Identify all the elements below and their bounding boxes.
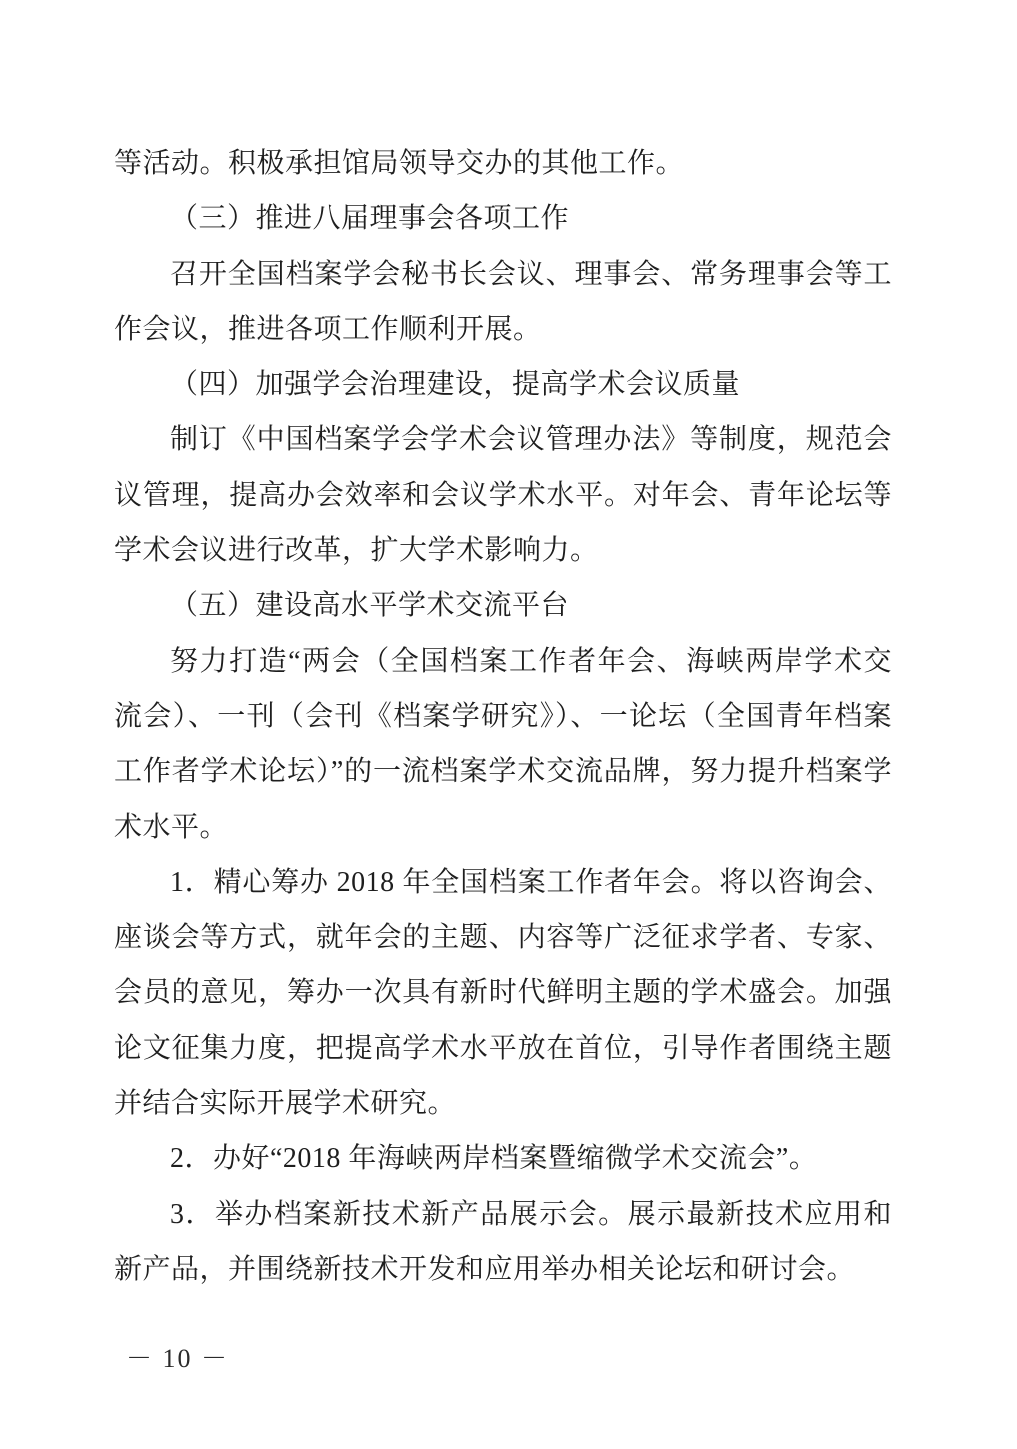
paragraph: 制订《中国档案学会学术会议管理办法》等制度，规范会议管理，提高办会效率和会议学术… [114,412,892,578]
paragraph: 努力打造“两会（全国档案工作者年会、海峡两岸学术交流会）、一刊（会刊《档案学研究… [114,634,892,855]
document-page: 等活动。积极承担馆局领导交办的其他工作。（三）推进八届理事会各项工作召开全国档案… [0,0,1017,1449]
paragraph: （五）建设高水平学术交流平台 [114,578,892,633]
paragraph: 等活动。积极承担馆局领导交办的其他工作。 [114,136,892,191]
paragraph: 召开全国档案学会秘书长会议、理事会、常务理事会等工作会议，推进各项工作顺利开展。 [114,247,892,358]
paragraph: 1．精心筹办 2018 年全国档案工作者年会。将以咨询会、座谈会等方式，就年会的… [114,855,892,1131]
page-number: － 10 － [126,1338,229,1375]
paragraph: （三）推进八届理事会各项工作 [114,191,892,246]
paragraph: 2．办好“2018 年海峡两岸档案暨缩微学术交流会”。 [114,1131,892,1186]
document-body: 等活动。积极承担馆局领导交办的其他工作。（三）推进八届理事会各项工作召开全国档案… [114,136,892,1297]
paragraph: （四）加强学会治理建设，提高学术会议质量 [114,357,892,412]
paragraph: 3．举办档案新技术新产品展示会。展示最新技术应用和新产品，并围绕新技术开发和应用… [114,1187,892,1298]
